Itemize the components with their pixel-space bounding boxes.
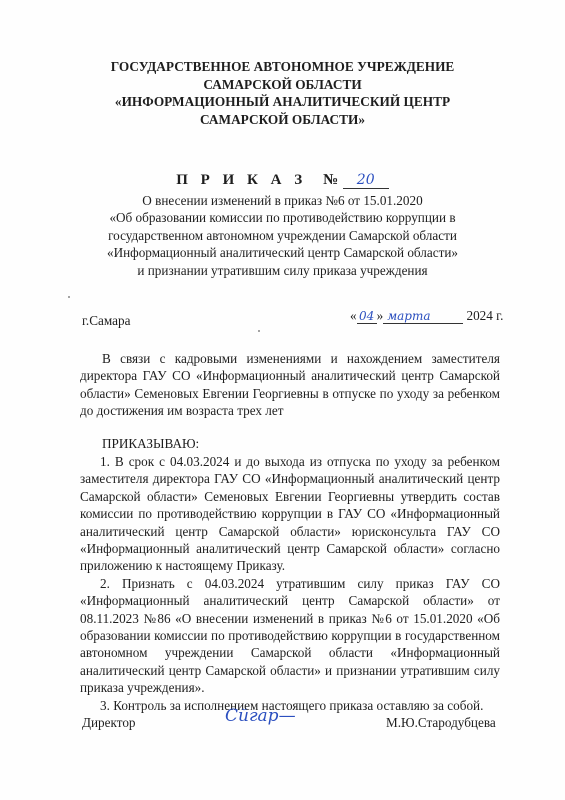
signatory-role: Директор: [82, 715, 136, 731]
order-number-label: №: [323, 172, 343, 188]
subtitle-line: «Информационный аналитический центр Сама…: [60, 244, 505, 261]
signature-handwritten: Сйгар—: [225, 706, 296, 726]
subtitle-line: О внесении изменений в приказ №6 от 15.0…: [60, 192, 505, 209]
order-items: 1. В срок с 04.03.2024 и до выхода из от…: [80, 453, 500, 714]
order-word: ПРИКАЗЫВАЮ:: [102, 436, 199, 452]
order-title: П Р И К А З: [176, 172, 306, 188]
subtitle-line: государственном автономном учреждении Са…: [60, 227, 505, 244]
city: г.Самара: [82, 313, 130, 329]
intro-paragraph: В связи с кадровыми изменениями и нахожд…: [80, 350, 500, 420]
order-date: «04»марта 2024 г.: [350, 308, 503, 324]
order-title-row: П Р И К А З №20: [60, 172, 505, 189]
header-line: «ИНФОРМАЦИОННЫЙ АНАЛИТИЧЕСКИЙ ЦЕНТР: [60, 93, 505, 111]
date-year: 2024 г.: [466, 308, 503, 323]
date-day-handwritten: 04: [357, 309, 377, 324]
header-line: САМАРСКОЙ ОБЛАСТИ: [60, 76, 505, 94]
order-item: 1. В срок с 04.03.2024 и до выхода из от…: [80, 453, 500, 575]
date-close-quote: »: [377, 308, 384, 323]
header-line: ГОСУДАРСТВЕННОЕ АВТОНОМНОЕ УЧРЕЖДЕНИЕ: [60, 58, 505, 76]
document-page: ГОСУДАРСТВЕННОЕ АВТОНОМНОЕ УЧРЕЖДЕНИЕ СА…: [0, 0, 565, 800]
date-month-handwritten: марта: [383, 309, 463, 324]
organization-header: ГОСУДАРСТВЕННОЕ АВТОНОМНОЕ УЧРЕЖДЕНИЕ СА…: [60, 58, 505, 128]
order-number-handwritten: 20: [343, 173, 389, 189]
subtitle-line: и признании утратившим силу приказа учре…: [60, 262, 505, 279]
order-subtitle: О внесении изменений в приказ №6 от 15.0…: [60, 192, 505, 279]
order-item: 2. Признать с 04.03.2024 утратившим силу…: [80, 575, 500, 697]
scan-speck: [68, 296, 70, 298]
subtitle-line: «Об образовании комиссии по противодейст…: [60, 209, 505, 226]
signatory-name: М.Ю.Стародубцева: [386, 715, 496, 731]
header-line: САМАРСКОЙ ОБЛАСТИ»: [60, 111, 505, 129]
scan-speck: [258, 330, 260, 332]
date-open-quote: «: [350, 308, 357, 323]
